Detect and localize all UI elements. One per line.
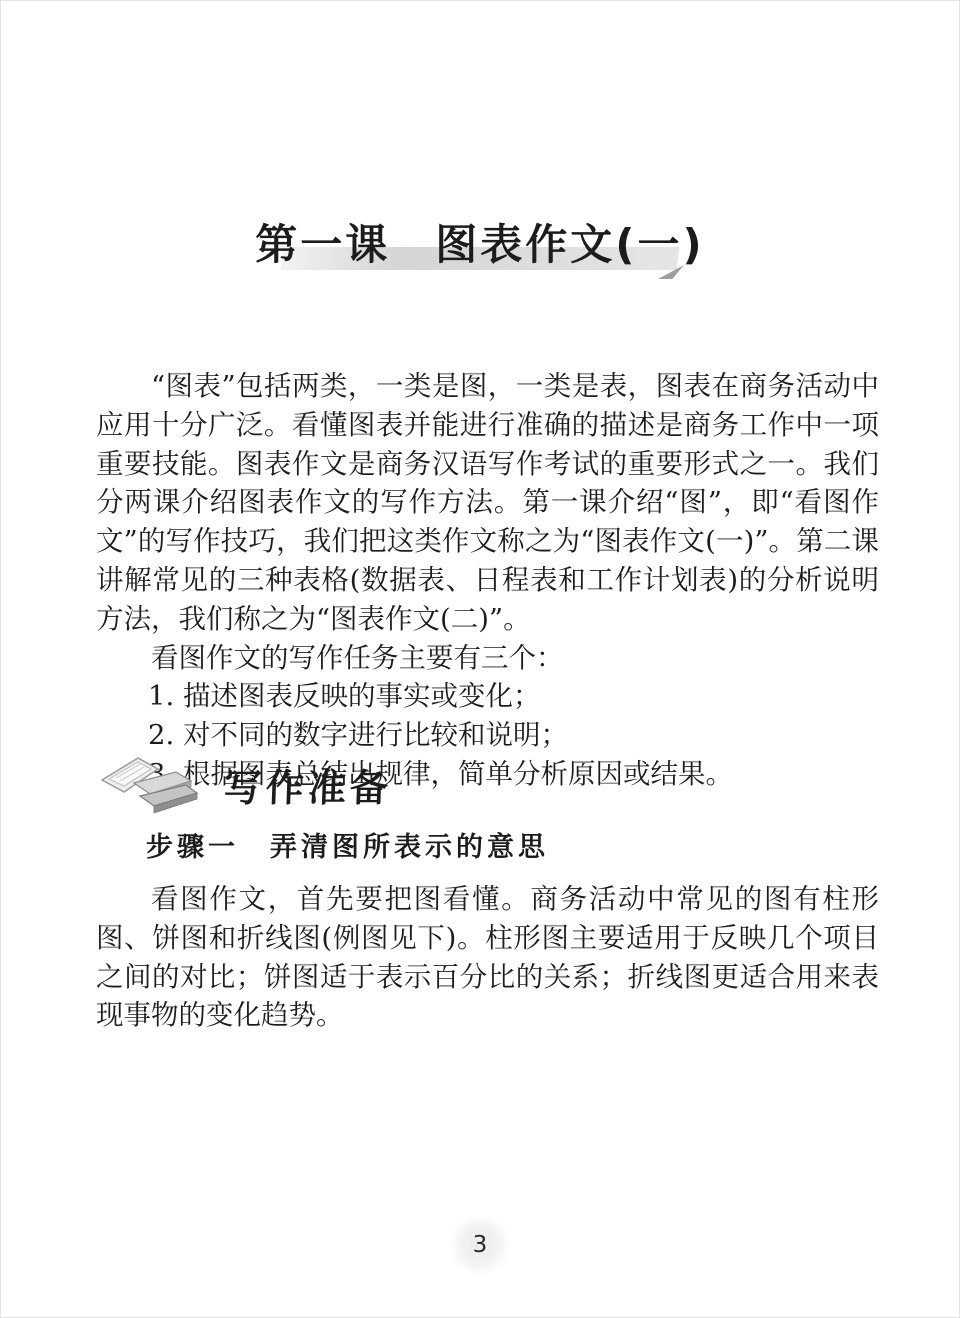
page-number-blob: 3 (450, 1215, 510, 1275)
title-block: 第一课 图表作文(一) (1, 213, 959, 283)
textbook-page: 第一课 图表作文(一) “图表”包括两类，一类是图，一类是表，图表在商务活动中应… (0, 0, 960, 1318)
books-icon (96, 752, 206, 816)
page-number: 3 (450, 1215, 510, 1275)
intro-block: “图表”包括两类，一类是图，一类是表，图表在商务活动中应用十分广泛。看懂图表并能… (96, 367, 879, 794)
tasks-intro: 看图作文的写作任务主要有三个： (96, 639, 879, 678)
page-title: 第一课 图表作文(一) (1, 213, 959, 277)
section-paragraph: 看图作文，首先要把图看懂。商务活动中常见的图有柱形图、饼图和折线图(例图见下)。… (96, 880, 879, 1035)
section-header: 写作准备 (96, 751, 879, 817)
task-item: 2. 对不同的数字进行比较和说明； (96, 716, 879, 755)
section-block: 写作准备 步骤一 弄清图所表示的意思 看图作文，首先要把图看懂。商务活动中常见的… (96, 751, 879, 1035)
intro-paragraph: “图表”包括两类，一类是图，一类是表，图表在商务活动中应用十分广泛。看懂图表并能… (96, 367, 879, 639)
task-item: 1. 描述图表反映的事实或变化； (96, 677, 879, 716)
step-heading: 步骤一 弄清图所表示的意思 (96, 825, 879, 864)
section-heading: 写作准备 (223, 757, 393, 812)
